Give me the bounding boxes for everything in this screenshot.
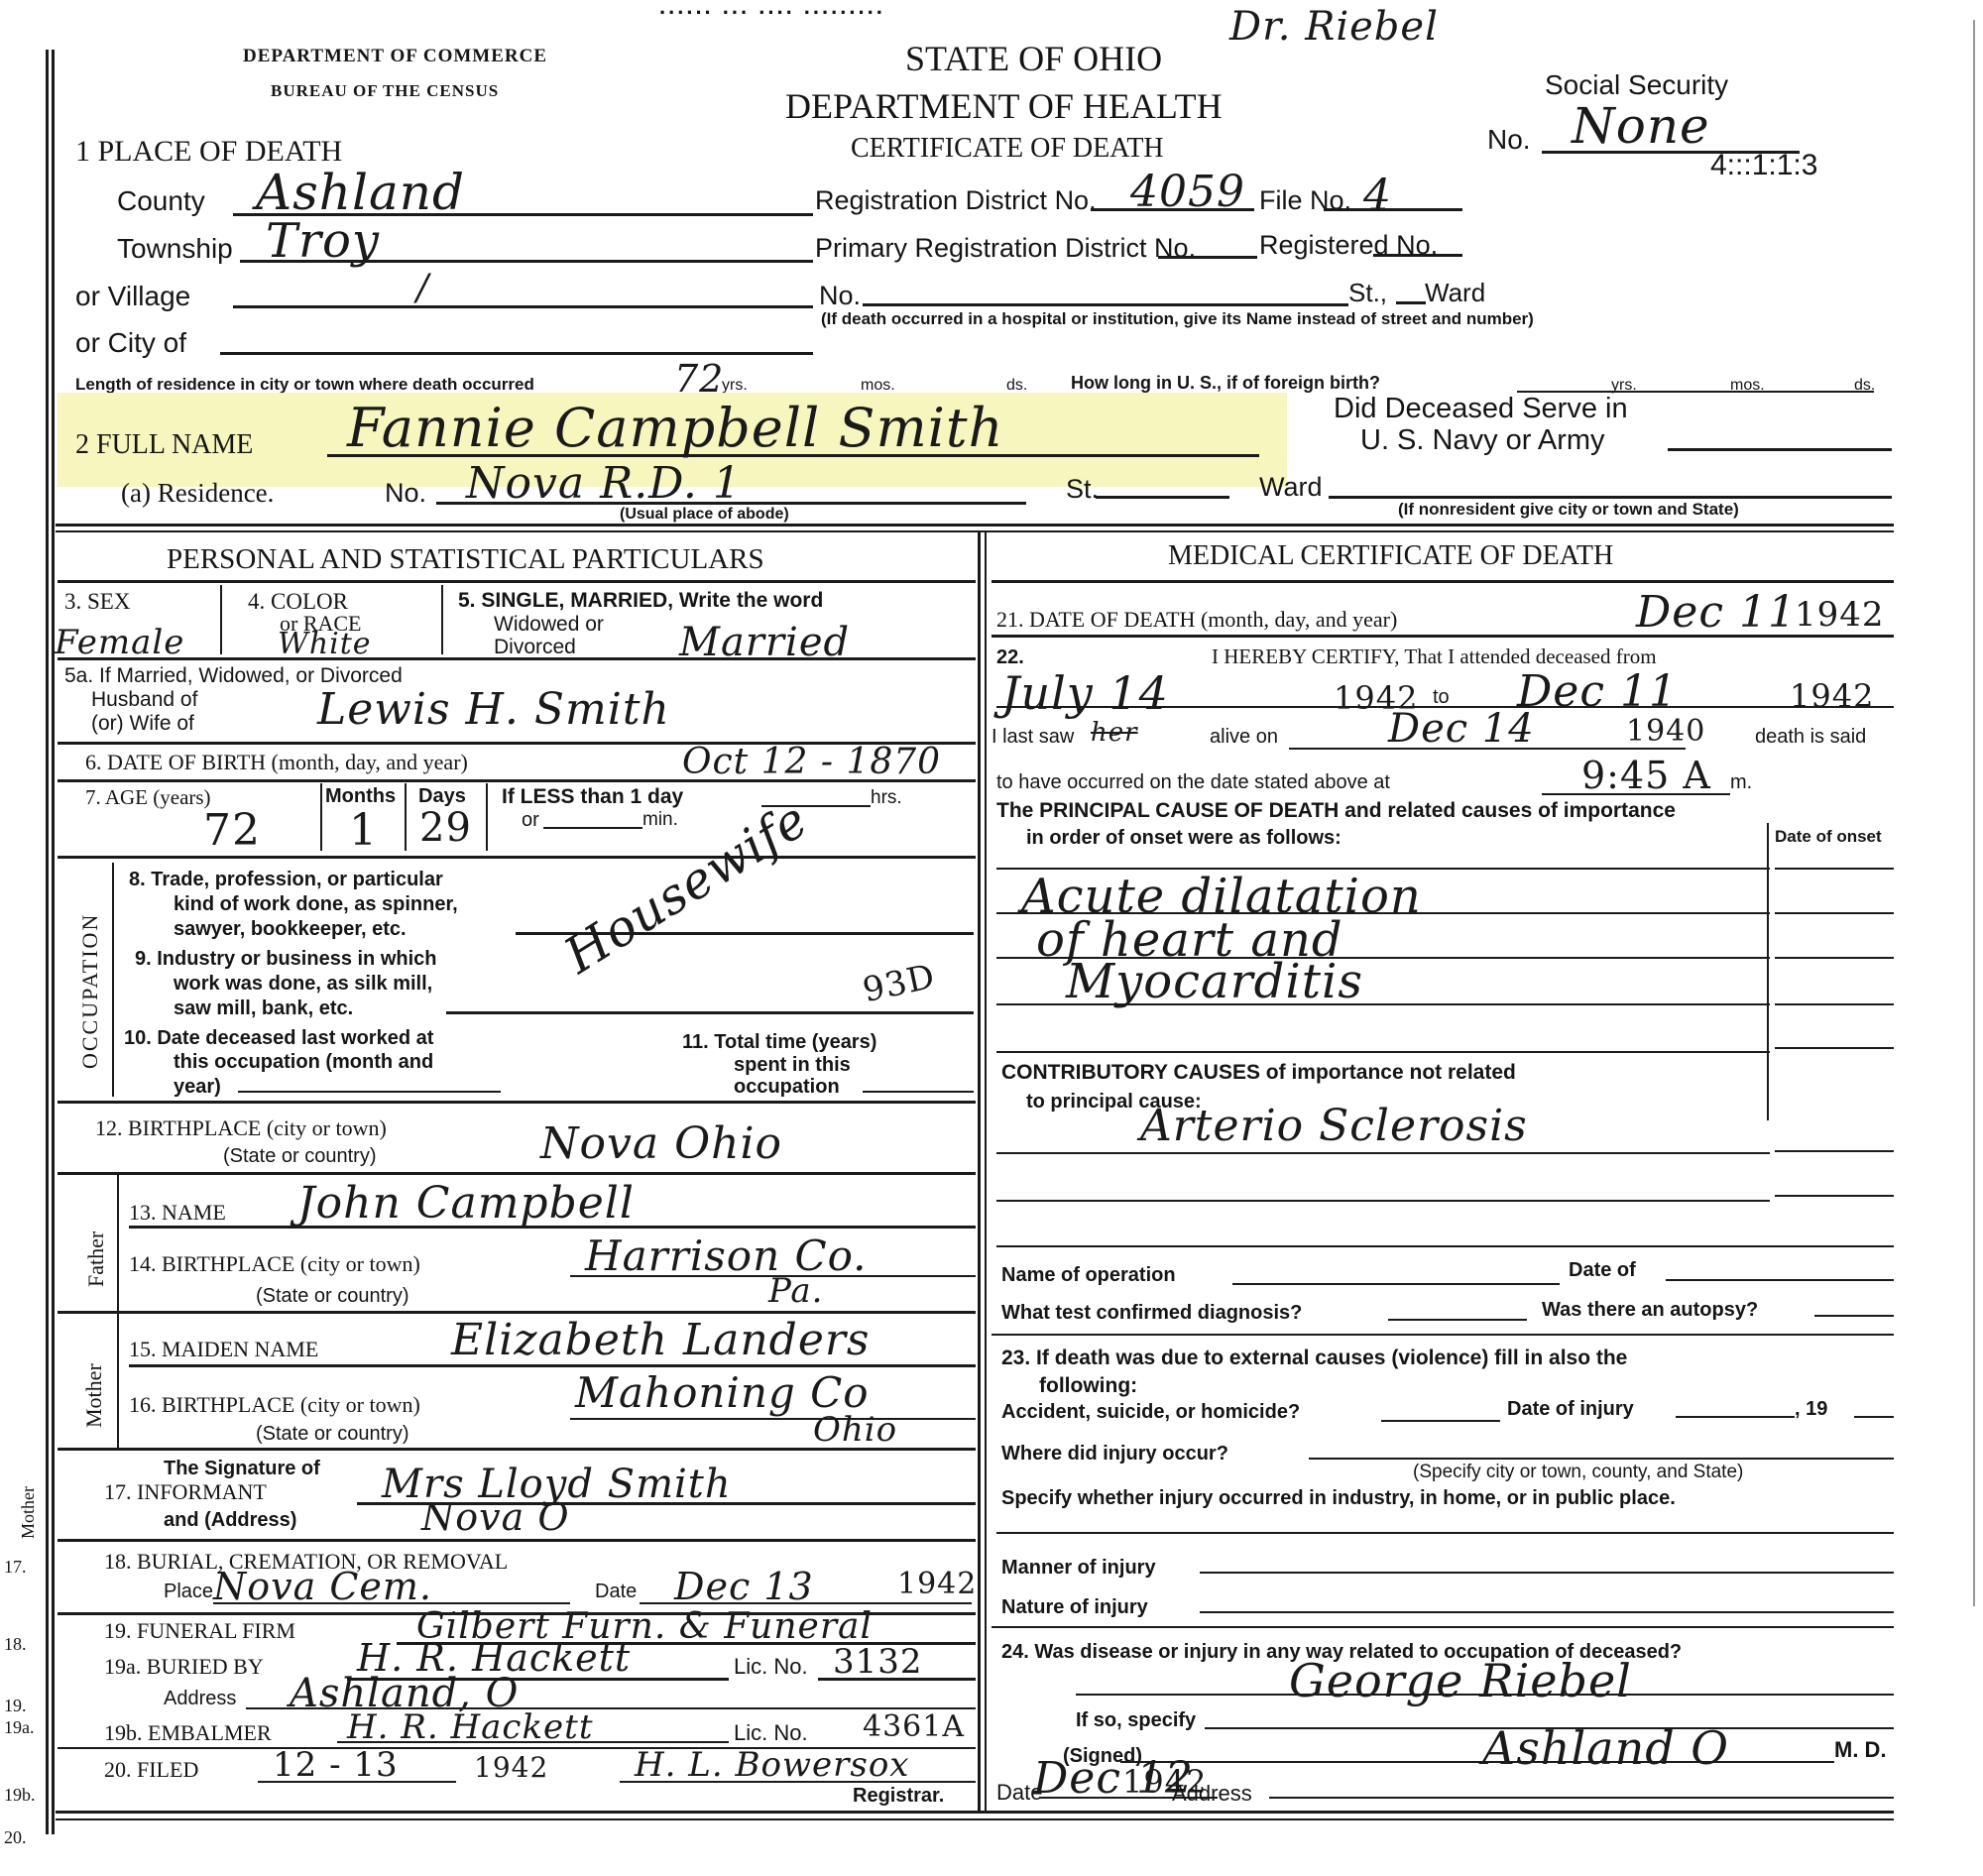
trade-value[interactable]: Housewife xyxy=(554,790,818,985)
alive-on-label: alive on xyxy=(1210,726,1278,749)
industry-line xyxy=(446,1011,974,1014)
test-row-line xyxy=(991,1334,1894,1336)
registrar-line xyxy=(620,1781,976,1783)
dept-health-title: DEPARTMENT OF HEALTH xyxy=(785,85,1223,127)
left-border-double-1 xyxy=(46,50,49,1834)
village-value[interactable]: / xyxy=(416,268,429,308)
city-label: or City of xyxy=(75,327,186,359)
state-title: STATE OF OHIO xyxy=(905,38,1162,79)
mother-inner-border xyxy=(117,1314,119,1448)
occurred-label: to have occurred on the date stated abov… xyxy=(996,771,1390,794)
file-no-line xyxy=(1324,208,1462,211)
date-onset-label: Date of onset xyxy=(1775,827,1882,847)
occupation-vertical-label: OCCUPATION xyxy=(77,913,103,1069)
dob-value[interactable]: Oct 12 - 1870 xyxy=(682,742,941,782)
city-line xyxy=(220,352,813,355)
buried-lic-value[interactable]: 3132 xyxy=(833,1642,923,1682)
md-label: M. D. xyxy=(1834,1737,1887,1763)
contrib-value[interactable]: Arterio Sclerosis xyxy=(1140,1101,1528,1151)
last-worked-line xyxy=(238,1091,501,1093)
age-divider-4 xyxy=(486,783,488,851)
alive-on-line xyxy=(1289,748,1686,750)
spouse-label-3: (or) Wife of xyxy=(91,712,194,736)
served-label-1: Did Deceased Serve in xyxy=(1334,393,1628,425)
margin-19a: 19a. xyxy=(4,1717,35,1738)
specify-label: Specify whether injury occurred in indus… xyxy=(1001,1487,1676,1510)
industry-label-3: saw mill, bank, etc. xyxy=(174,997,353,1020)
trade-label-2: kind of work done, as spinner, xyxy=(174,893,458,916)
last-worked-label-2: this occupation (month and xyxy=(174,1051,433,1074)
accident-line xyxy=(1381,1420,1500,1422)
embalmer-lic-label: Lic. No. xyxy=(734,1720,808,1746)
sex-label: 3. SEX xyxy=(64,589,130,615)
right-border xyxy=(1973,20,1975,1606)
age-months-value[interactable]: 1 xyxy=(349,805,378,856)
onset-line-5 xyxy=(1775,1047,1894,1049)
cause-label-1: The PRINCIPAL CAUSE OF DEATH and related… xyxy=(996,799,1676,823)
father-name-value[interactable]: John Campbell xyxy=(297,1178,635,1229)
township-label: Township xyxy=(117,233,233,265)
header-divider-1 xyxy=(56,524,1894,527)
dod-line xyxy=(991,635,1894,638)
margin-19b: 19b. xyxy=(4,1785,36,1806)
alive-on-year[interactable]: 1940 xyxy=(1626,714,1705,749)
registered-no-line xyxy=(1373,254,1462,257)
footer-line-1 xyxy=(56,1811,1894,1814)
mother-bp-line xyxy=(570,1418,976,1420)
full-name-line xyxy=(327,454,1259,457)
mother-maiden-line xyxy=(129,1364,976,1367)
margin-20: 20. xyxy=(4,1827,27,1848)
age-days-value[interactable]: 29 xyxy=(419,805,472,851)
father-bp-state[interactable]: Pa. xyxy=(768,1271,823,1311)
residence-label: (a) Residence. xyxy=(121,478,274,509)
onset-line-3 xyxy=(1775,957,1894,959)
industry-label-1: 9. Industry or business in which xyxy=(135,948,437,971)
abode-note: (Usual place of abode) xyxy=(620,506,789,524)
age-row-line xyxy=(58,856,976,859)
birthplace-label: 12. BIRTHPLACE (city or town) xyxy=(95,1115,387,1141)
specify-line xyxy=(996,1532,1894,1534)
birthplace-row-line xyxy=(58,1172,976,1175)
cause-line-4 xyxy=(996,1003,1770,1005)
residence-no-label: No. xyxy=(385,478,426,509)
informant-label-1: The Signature of xyxy=(164,1458,320,1480)
embalmer-label: 19b. EMBALMER xyxy=(104,1720,272,1746)
operation-line xyxy=(1232,1283,1560,1285)
total-time-line xyxy=(863,1091,974,1093)
funeral-firm-label: 19. FUNERAL FIRM xyxy=(104,1618,295,1644)
mother-maiden-label: 15. MAIDEN NAME xyxy=(129,1337,318,1362)
less-day-label: If LESS than 1 day xyxy=(502,785,683,809)
marital-label-2: Widowed or xyxy=(494,613,604,637)
header-divider-2 xyxy=(56,530,1894,532)
total-time-label-1: 11. Total time (years) xyxy=(682,1031,876,1054)
operation-date-line xyxy=(1666,1279,1894,1281)
marital-label-3: Divorced xyxy=(494,636,576,659)
occupation-row-line xyxy=(58,1101,976,1104)
marital-label-1: 5. SINGLE, MARRIED, Write the word xyxy=(458,589,823,613)
informant-addr-label: and (Address) xyxy=(164,1509,296,1532)
industry-code: 93D xyxy=(860,957,939,1010)
burial-date-label: Date xyxy=(595,1581,637,1603)
injury-year-line xyxy=(1854,1416,1894,1418)
contrib-onset-2 xyxy=(1775,1195,1894,1197)
last-worked-label-1: 10. Date deceased last worked at xyxy=(124,1027,433,1050)
file-no-value[interactable]: 4 xyxy=(1363,171,1392,221)
annotation-dr-riebel: Dr. Riebel xyxy=(1229,4,1439,50)
mother-row-line xyxy=(58,1448,976,1451)
birthplace-value[interactable]: Nova Ohio xyxy=(540,1118,782,1169)
contrib-label-1: CONTRIBUTORY CAUSES of importance not re… xyxy=(1001,1061,1516,1085)
dod-label: 21. DATE OF DEATH (month, day, and year) xyxy=(996,607,1397,633)
buried-lic-label: Lic. No. xyxy=(734,1654,808,1680)
dod-year[interactable]: 1942 xyxy=(1795,595,1885,635)
attended-to-year[interactable]: 1942 xyxy=(1790,677,1874,715)
where-line xyxy=(1309,1458,1894,1460)
margin-mother-label: Mother xyxy=(18,1486,39,1539)
primary-reg-line xyxy=(1158,256,1257,259)
sex-row-line xyxy=(58,657,976,660)
where-note: (Specify city or town, county, and State… xyxy=(1413,1462,1743,1483)
injury-date-label: Date of injury xyxy=(1507,1398,1634,1421)
test-line xyxy=(1388,1319,1527,1321)
onset-line-4 xyxy=(1775,1003,1894,1005)
place-line xyxy=(213,1602,570,1604)
village-label: or Village xyxy=(75,281,190,312)
father-row-line xyxy=(58,1311,976,1314)
top-strip-text: ...... ... .... ......... xyxy=(659,0,885,20)
father-bp-label: 14. BIRTHPLACE (city or town) xyxy=(129,1251,420,1277)
test-label: What test confirmed diagnosis? xyxy=(1001,1302,1302,1325)
manner-label: Manner of injury xyxy=(1001,1557,1156,1580)
last-saw-label: I last saw xyxy=(991,726,1074,749)
mother-vertical-label: Mother xyxy=(81,1363,107,1428)
medical-section-title: MEDICAL CERTIFICATE OF DEATH xyxy=(1168,540,1613,572)
filed-label: 20. FILED xyxy=(104,1757,198,1783)
margin-17: 17. xyxy=(4,1557,27,1578)
dept-commerce: DEPARTMENT OF COMMERCE xyxy=(243,46,547,67)
external-label-2: following: xyxy=(1039,1374,1137,1398)
bureau-census: BUREAU OF THE CENSUS xyxy=(271,81,499,101)
address-label: Address xyxy=(164,1688,236,1710)
father-bp-sub: (State or country) xyxy=(256,1285,409,1308)
death-said-label: death is said xyxy=(1755,726,1866,749)
certificate-title: CERTIFICATE OF DEATH xyxy=(851,133,1164,165)
filed-value[interactable]: 12 - 13 xyxy=(273,1745,399,1785)
age-divider-3 xyxy=(405,783,407,851)
ward-label: Ward xyxy=(1425,278,1485,308)
contrib-line-3 xyxy=(996,1245,1894,1247)
informant-label-2: 17. INFORMANT xyxy=(104,1479,267,1505)
onset-line-2 xyxy=(1775,912,1894,914)
father-bp-value[interactable]: Harrison Co. xyxy=(585,1231,868,1280)
left-border-double-2 xyxy=(52,50,55,1834)
external-label-1: 23. If death was due to external causes … xyxy=(1001,1347,1627,1370)
file-no-label: File No. xyxy=(1259,185,1351,216)
alive-on-value[interactable]: Dec 14 xyxy=(1388,706,1535,752)
age-years-label: 7. AGE (years) xyxy=(85,785,211,810)
primary-reg-label: Primary Registration District No. xyxy=(815,233,1196,264)
dob-label: 6. DATE OF BIRTH (month, day, and year) xyxy=(85,750,468,775)
attended-to[interactable]: Dec 11 xyxy=(1517,666,1678,717)
residence-line xyxy=(436,502,1026,505)
registrar-label: Registrar. xyxy=(853,1785,944,1808)
autopsy-label: Was there an autopsy? xyxy=(1542,1299,1758,1322)
onset-line-1 xyxy=(1775,868,1894,870)
hospital-note: (If death occurred in a hospital or inst… xyxy=(821,309,1534,329)
hrs-label: hrs. xyxy=(871,787,902,809)
father-name-line xyxy=(129,1226,976,1229)
residence-ward-line xyxy=(1329,496,1892,499)
father-vertical-label: Father xyxy=(83,1231,109,1287)
operation-label: Name of operation xyxy=(1001,1264,1176,1287)
residence-st-line xyxy=(1096,496,1229,499)
cause-line-5 xyxy=(996,1051,1770,1053)
filed-line xyxy=(258,1781,456,1783)
informant-row-line xyxy=(58,1539,976,1542)
dod-value[interactable]: Dec 11 xyxy=(1636,587,1797,638)
or-label: or xyxy=(522,809,539,832)
age-divider-2 xyxy=(320,783,322,851)
full-name-label: 2 FULL NAME xyxy=(75,429,253,461)
nature-label: Nature of injury xyxy=(1001,1596,1148,1619)
buried-lic-line xyxy=(818,1678,976,1681)
column-divider-2 xyxy=(985,532,987,1812)
buried-by-label: 19a. BURIED BY xyxy=(104,1654,264,1680)
last-worked-label-3: year) xyxy=(174,1076,221,1099)
township-line xyxy=(240,260,813,263)
county-label: County xyxy=(117,185,205,217)
total-time-label-3: occupation xyxy=(734,1076,840,1099)
nonresident-note: (If nonresident give city or town and St… xyxy=(1398,500,1739,520)
attended-from[interactable]: July 14 xyxy=(1001,666,1169,720)
street-line xyxy=(863,303,1348,306)
place-label: Place xyxy=(164,1581,213,1603)
street-st-label: St., xyxy=(1348,278,1387,308)
industry-label-2: work was done, as silk mill, xyxy=(174,973,432,996)
spouse-value[interactable]: Lewis H. Smith xyxy=(317,684,670,735)
mother-bp-state[interactable]: Ohio xyxy=(813,1410,897,1450)
address-sig-label: Address xyxy=(1172,1781,1252,1807)
occupation-inner-border xyxy=(112,863,114,1097)
father-inner-border xyxy=(117,1175,119,1314)
ss-stamp: 4:::1:1:3 xyxy=(1710,149,1817,182)
color-value[interactable]: White xyxy=(278,627,372,661)
spouse-label-2: Husband of xyxy=(91,688,197,712)
burial-date-line xyxy=(640,1602,972,1604)
ss-no-label: No. xyxy=(1487,124,1531,156)
informant-addr-value[interactable]: Nova O xyxy=(421,1495,569,1539)
margin-19: 19. xyxy=(4,1696,27,1716)
birthplace-sub: (State or country) xyxy=(223,1145,377,1168)
autopsy-line xyxy=(1814,1315,1894,1317)
father-name-label: 13. NAME xyxy=(129,1200,226,1226)
physician-address-sig: Ashland O xyxy=(1482,1721,1729,1775)
mother-bp-sub: (State or country) xyxy=(256,1423,409,1446)
cause-line-3-value[interactable]: Myocarditis xyxy=(1066,954,1363,1009)
contrib-onset-1 xyxy=(1775,1150,1894,1152)
total-time-label-2: spent in this xyxy=(734,1054,851,1077)
ss-no-value: None xyxy=(1572,97,1710,155)
m-label: m. xyxy=(1730,771,1752,794)
where-label: Where did injury occur? xyxy=(1001,1443,1228,1466)
if-so-label: If so, specify xyxy=(1076,1709,1196,1732)
time-value[interactable]: 9:45 A xyxy=(1581,754,1711,797)
ward-line xyxy=(1396,301,1426,304)
embalmer-line xyxy=(337,1741,729,1743)
served-label-2: U. S. Navy or Army xyxy=(1360,424,1605,457)
foreign-birth-label: How long in U. S., if of foreign birth? xyxy=(1071,373,1380,394)
time-line xyxy=(1542,793,1730,795)
cause-label-2: in order of onset were as follows: xyxy=(1026,827,1341,850)
registrar-signature: H. L. Bowersox xyxy=(635,1745,909,1785)
medical-title-line xyxy=(991,580,1894,583)
residence-length-label: Length of residence in city or town wher… xyxy=(75,375,534,395)
contrib-line-1 xyxy=(996,1152,1770,1154)
margin-18: 18. xyxy=(4,1634,27,1655)
sex-color-divider xyxy=(220,585,222,654)
address-sig-line xyxy=(1269,1797,1894,1799)
residence-st-label: St. xyxy=(1066,474,1099,505)
trade-label-3: sawyer, bookkeeper, etc. xyxy=(174,918,407,941)
manner-line xyxy=(1200,1572,1894,1574)
nature-row-line xyxy=(991,1626,1894,1628)
or-min-line xyxy=(543,827,642,829)
street-no-label: No. xyxy=(819,281,861,311)
injury-year-label: , 19 xyxy=(1795,1398,1827,1421)
nature-line xyxy=(1200,1611,1894,1613)
trade-label-1: 8. Trade, profession, or particular xyxy=(129,869,443,891)
physician-signature: George Riebel xyxy=(1289,1654,1632,1707)
mother-bp-label: 16. BIRTHPLACE (city or town) xyxy=(129,1392,420,1418)
sex-value[interactable]: Female xyxy=(55,623,184,662)
min-label: min. xyxy=(642,809,678,831)
personal-section-title: PERSONAL AND STATISTICAL PARTICULARS xyxy=(167,543,764,576)
filed-year[interactable]: 1942 xyxy=(474,1751,548,1784)
served-line xyxy=(1668,448,1892,451)
injury-date-line xyxy=(1676,1416,1795,1418)
mother-maiden-value[interactable]: Elizabeth Landers xyxy=(451,1315,871,1365)
operation-date-label: Date of xyxy=(1569,1259,1636,1282)
color-marital-divider xyxy=(441,585,443,654)
age-years-value[interactable]: 72 xyxy=(203,805,261,856)
full-name-value[interactable]: Fannie Campbell Smith xyxy=(347,397,1003,459)
personal-title-line xyxy=(58,580,976,583)
footer-line-2 xyxy=(56,1818,1894,1820)
reg-district-label: Registration District No. xyxy=(815,185,1097,216)
embalmer-lic-value[interactable]: 4361A xyxy=(863,1709,965,1744)
contrib-line-2 xyxy=(996,1200,1770,1202)
last-saw-who[interactable]: her xyxy=(1091,718,1138,748)
dob-row-line xyxy=(58,779,976,782)
reg-district-line xyxy=(1091,208,1254,211)
column-divider-1 xyxy=(978,532,981,1812)
village-line xyxy=(233,305,813,308)
accident-label: Accident, suicide, or homicide? xyxy=(1001,1401,1300,1424)
burial-year[interactable]: 1942 xyxy=(897,1567,977,1601)
residence-ward-label: Ward xyxy=(1259,472,1323,503)
